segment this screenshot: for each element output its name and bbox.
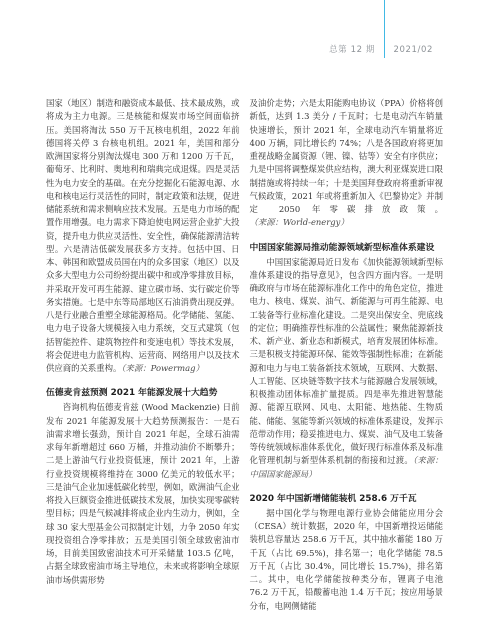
paragraph-text: 国家（地区）制造和融资成本最低、技术最成熟，或将成为主力电源。三是核能和煤炭市场…: [46, 98, 240, 373]
paragraph-text: 及油价走势；六是太阳能购电协议（PPA）价格将创新低，达到 1.3 美分 / 千…: [250, 98, 444, 214]
page-body: 国家（地区）制造和融资成本最低、技术最成熟，或将成为主力电源。三是核能和煤炭市场…: [46, 97, 443, 613]
column-right: 及油价走势；六是太阳能购电协议（PPA）价格将创新低，达到 1.3 美分 / 千…: [250, 97, 444, 613]
heading-storage-2020: 2020 年中国新增储能装机 258.6 万千瓦: [250, 493, 444, 505]
page-number: 5: [428, 592, 433, 601]
body-paragraph: 咨询机构伍德麦肯兹 (Wood Mackenzie) 日前发布 2021 年能源…: [46, 401, 240, 587]
paragraph-text: 中国国家能源局近日发布《加快能源领域新型标准体系建设的指导意见》，包含四方面内容…: [250, 257, 444, 466]
header-divider-line: [384, 0, 386, 58]
column-left: 国家（地区）制造和融资成本最低、技术最成熟，或将成为主力电源。三是核能和煤炭市场…: [46, 97, 240, 613]
body-paragraph: 据中国化学与物理电源行业协会储能应用分会（CESA）统计数据，2020 年，中国…: [250, 507, 444, 613]
body-paragraph: 国家（地区）制造和融资成本最低、技术最成熟，或将成为主力电源。三是核能和煤炭市场…: [46, 97, 240, 375]
paragraph-text: 据中国化学与物理电源行业协会储能应用分会（CESA）统计数据，2020 年，中国…: [250, 508, 444, 611]
heading-nea-standards: 中国国家能源局推动能源领域新型标准体系建设: [250, 242, 444, 254]
body-paragraph: 中国国家能源局近日发布《加快能源领域新型标准体系建设的指导意见》，包含四方面内容…: [250, 256, 444, 481]
issue-label: 总第 12 期: [329, 43, 375, 58]
source-attribution: （来源：World-energy）: [250, 217, 349, 227]
page-header: 总第 12 期 2021/02: [0, 0, 480, 58]
body-paragraph: 及油价走势；六是太阳能购电协议（PPA）价格将创新低，达到 1.3 美分 / 千…: [250, 97, 444, 230]
paragraph-text: 咨询机构伍德麦肯兹 (Wood Mackenzie) 日前发布 2021 年能源…: [46, 402, 240, 584]
period-label: 2021/02: [393, 45, 433, 58]
source-attribution: （来源：Powermag）: [121, 363, 203, 373]
heading-woodmac-trends: 伍德麦肯兹预测 2021 年能源发展十大趋势: [46, 387, 240, 399]
